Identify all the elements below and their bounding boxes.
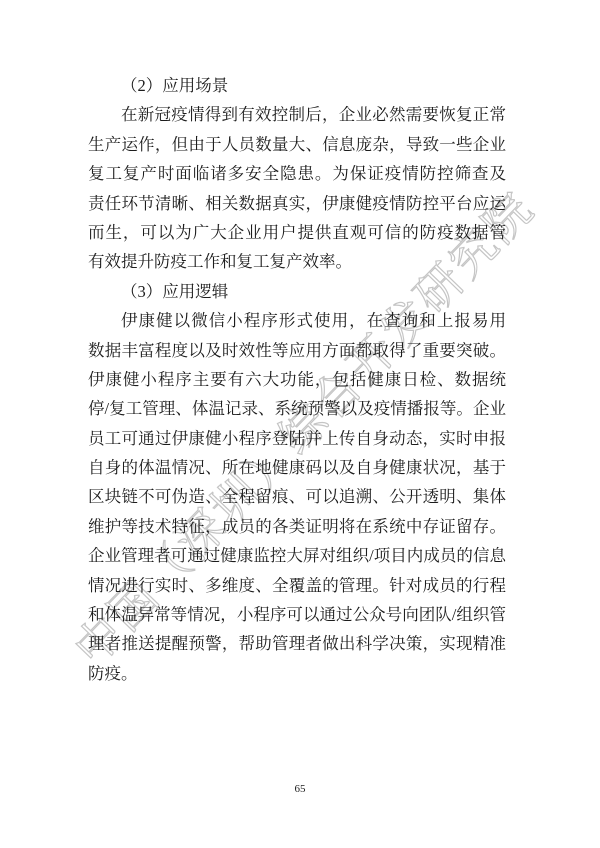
heading-application-scenario: （2）应用场景: [88, 71, 506, 100]
page-number: 65: [0, 783, 600, 795]
text-line: 责任环节清晰、相关数据真实，伊康健疫情防控平台应运: [88, 189, 506, 218]
text-line: 生产运作，但由于人员数量大、信息庞杂，导致一些企业: [88, 130, 506, 159]
text-line: 区块链不可伪造、全程留痕、可以追溯、公开透明、集体: [88, 482, 506, 511]
text-line: 员工可通过伊康健小程序登陆并上传自身动态，实时申报: [88, 424, 506, 453]
text-line: 数据丰富程度以及时效性等应用方面都取得了重要突破。: [88, 336, 506, 365]
text-line: 企业管理者可通过健康监控大屏对组织/项目内成员的信息: [88, 541, 506, 570]
text-line: 理者推送提醒预警，帮助管理者做出科学决策，实现精准: [88, 629, 506, 658]
text-line: 防疫。: [88, 659, 506, 688]
text-line: 情况进行实时、多维度、全覆盖的管理。针对成员的行程: [88, 571, 506, 600]
text-line: 伊康健以微信小程序形式使用，在查询和上报易用度、: [88, 306, 506, 335]
text-line: 维护等技术特征，成员的各类证明将在系统中存证留存。: [88, 512, 506, 541]
text-line: 伊康健小程序主要有六大功能，包括健康日检、数据统计、: [88, 365, 506, 394]
text-line: 自身的体温情况、所在地健康码以及自身健康状况，基于: [88, 453, 506, 482]
text-line: 在新冠疫情得到有效控制后，企业必然需要恢复正常: [88, 100, 506, 129]
text-line: 和体温异常等情况，小程序可以通过公众号向团队/组织管: [88, 600, 506, 629]
heading-application-logic: （3）应用逻辑: [88, 277, 506, 306]
text-line: 复工复产时面临诸多安全隐患。为保证疫情防控筛查及时、: [88, 159, 506, 188]
document-body: （2）应用场景 在新冠疫情得到有效控制后，企业必然需要恢复正常 生产运作，但由于…: [88, 71, 506, 688]
text-line: 停/复工管理、体温记录、系统预警以及疫情播报等。企业: [88, 394, 506, 423]
text-line: 有效提升防疫工作和复工复产效率。: [88, 247, 506, 276]
text-line: 而生，可以为广大企业用户提供直观可信的防疫数据管理，: [88, 218, 506, 247]
document-page: 中国（深圳）综合开发研究院 （2）应用场景 在新冠疫情得到有效控制后，企业必然需…: [0, 0, 600, 848]
